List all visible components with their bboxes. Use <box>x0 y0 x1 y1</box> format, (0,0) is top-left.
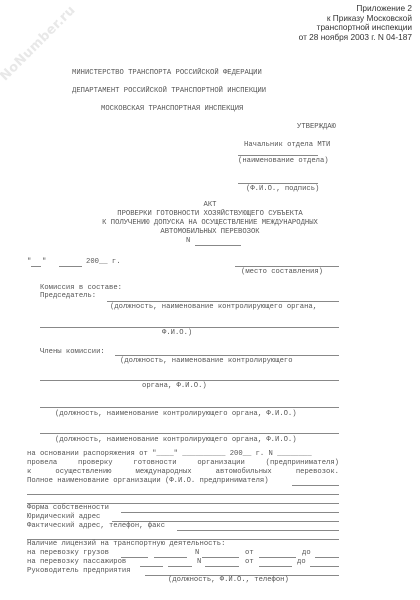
passengers-number-field[interactable] <box>205 566 239 567</box>
date-day-field[interactable] <box>31 266 41 267</box>
approve-label: УТВЕРЖДАЮ <box>297 123 336 132</box>
body-line-2-word: (предпринимателя) <box>266 459 339 468</box>
body-line-2-word: готовности <box>133 459 176 468</box>
passengers-to-field[interactable] <box>310 566 339 567</box>
place-caption: (место составления) <box>241 268 323 277</box>
ministry-title: МИНИСТЕРСТВО ТРАНСПОРТА РОССИЙСКОЙ ФЕДЕР… <box>72 69 262 78</box>
body-line-4: Полное наименование организации (Ф.И.О. … <box>27 477 269 486</box>
legal-address-label: Юридический адрес <box>27 513 100 522</box>
member-field-3[interactable] <box>40 407 339 408</box>
body-line-3-word: международных <box>136 468 192 477</box>
watermark: NoNumber.ru <box>0 3 79 84</box>
cargo-to-field[interactable] <box>315 557 339 558</box>
passengers-from-label: от <box>245 558 254 567</box>
act-title-line-1: ПРОВЕРКИ ГОТОВНОСТИ ХОЗЯЙСТВУЮЩЕГО СУБЪЕ… <box>0 210 420 219</box>
place-field[interactable] <box>235 266 339 267</box>
body-line-3-word: автомобильных <box>216 468 272 477</box>
passengers-n-label: N <box>197 558 201 567</box>
ownership-field[interactable] <box>121 512 339 513</box>
date-year: 200__ г. <box>86 258 121 267</box>
act-number-field[interactable] <box>195 245 241 246</box>
member-caption-3: (должность, наименование контролирующего… <box>55 410 297 419</box>
chairman-field[interactable] <box>107 301 339 302</box>
act-title-line-2: К ПОЛУЧЕНИЮ ДОПУСКА НА ОСУЩЕСТВЛЕНИЕ МЕЖ… <box>0 219 420 228</box>
cargo-n-label: N <box>195 549 199 558</box>
body-line-3-word: перевозок. <box>296 468 339 477</box>
inspection-title: МОСКОВСКАЯ ТРАНСПОРТНАЯ ИНСПЕКЦИЯ <box>101 105 243 114</box>
appendix-line-4: от 28 ноября 2003 г. N 04-187 <box>232 33 412 43</box>
chairman-caption-2: Ф.И.О.) <box>162 329 192 338</box>
department-caption: (наименование отдела) <box>238 157 329 166</box>
passengers-field-2[interactable] <box>168 566 192 567</box>
department-title: ДЕПАРТАМЕНТ РОССИЙСКОЙ ТРАНСПОРТНОЙ ИНСП… <box>72 87 266 96</box>
body-line-2: провела проверку готовности организации … <box>27 459 339 468</box>
body-line-1: на основании распоряжения от "____" ____… <box>27 450 312 459</box>
body-line-2-word: организации <box>197 459 244 468</box>
licenses-label: Наличие лицензий на транспортную деятель… <box>27 540 225 549</box>
members-field[interactable] <box>115 355 339 356</box>
member-caption-4: (должность, наименование контролирующего… <box>55 436 297 445</box>
chairman-field-2[interactable] <box>40 327 339 328</box>
cargo-from-label: от <box>245 549 254 558</box>
manager-caption: (должность, Ф.И.О., телефон) <box>168 576 289 585</box>
org-name-field-2[interactable] <box>27 494 339 495</box>
member-field-4[interactable] <box>40 433 339 434</box>
department-line[interactable] <box>238 155 318 156</box>
members-label: Члены комиссии: <box>40 348 105 357</box>
cargo-field-2[interactable] <box>154 557 187 558</box>
head-label: Начальник отдела МТИ <box>244 141 330 150</box>
passengers-label: на перевозку пассажиров <box>27 558 126 567</box>
chairman-caption: (должность, наименование контролирующего… <box>110 303 317 312</box>
members-caption-2: органа, Ф.И.О.) <box>142 382 207 391</box>
act-title: АКТ <box>0 201 420 210</box>
appendix-block: Приложение 2 к Приказу Московской трансп… <box>232 4 412 42</box>
ownership-label: Форма собственности <box>27 504 109 513</box>
signature-caption: (Ф.И.О., подпись) <box>246 185 319 194</box>
cargo-to-label: до <box>302 549 311 558</box>
passengers-to-label: до <box>297 558 306 567</box>
actual-address-label: Фактический адрес, телефон, факс <box>27 522 165 531</box>
manager-label: Руководитель предприятия <box>27 567 131 576</box>
passengers-from-field[interactable] <box>259 566 292 567</box>
actual-address-field[interactable] <box>177 530 339 531</box>
org-name-field[interactable] <box>292 485 339 486</box>
act-title-line-3: АВТОМОБИЛЬНЫХ ПЕРЕВОЗОК <box>0 228 420 237</box>
cargo-number-field[interactable] <box>202 557 239 558</box>
act-number-label: N <box>186 237 190 246</box>
cargo-label: на перевозку грузов <box>27 549 109 558</box>
date-month-field[interactable] <box>59 266 82 267</box>
body-line-3-word: осуществлению <box>55 468 111 477</box>
chairman-label: Председатель: <box>40 292 96 301</box>
body-line-2-word: проверку <box>78 459 113 468</box>
body-line-3-word: к <box>27 468 31 477</box>
members-field-2[interactable] <box>40 380 339 381</box>
passengers-field-1[interactable] <box>140 566 163 567</box>
date-quote-close: " <box>42 258 46 267</box>
cargo-from-field[interactable] <box>259 557 296 558</box>
body-line-3: к осуществлению международных автомобиль… <box>27 468 339 477</box>
members-caption: (должность, наименование контролирующего <box>120 357 293 366</box>
signature-line[interactable] <box>238 183 318 184</box>
body-line-2-word: провела <box>27 459 57 468</box>
